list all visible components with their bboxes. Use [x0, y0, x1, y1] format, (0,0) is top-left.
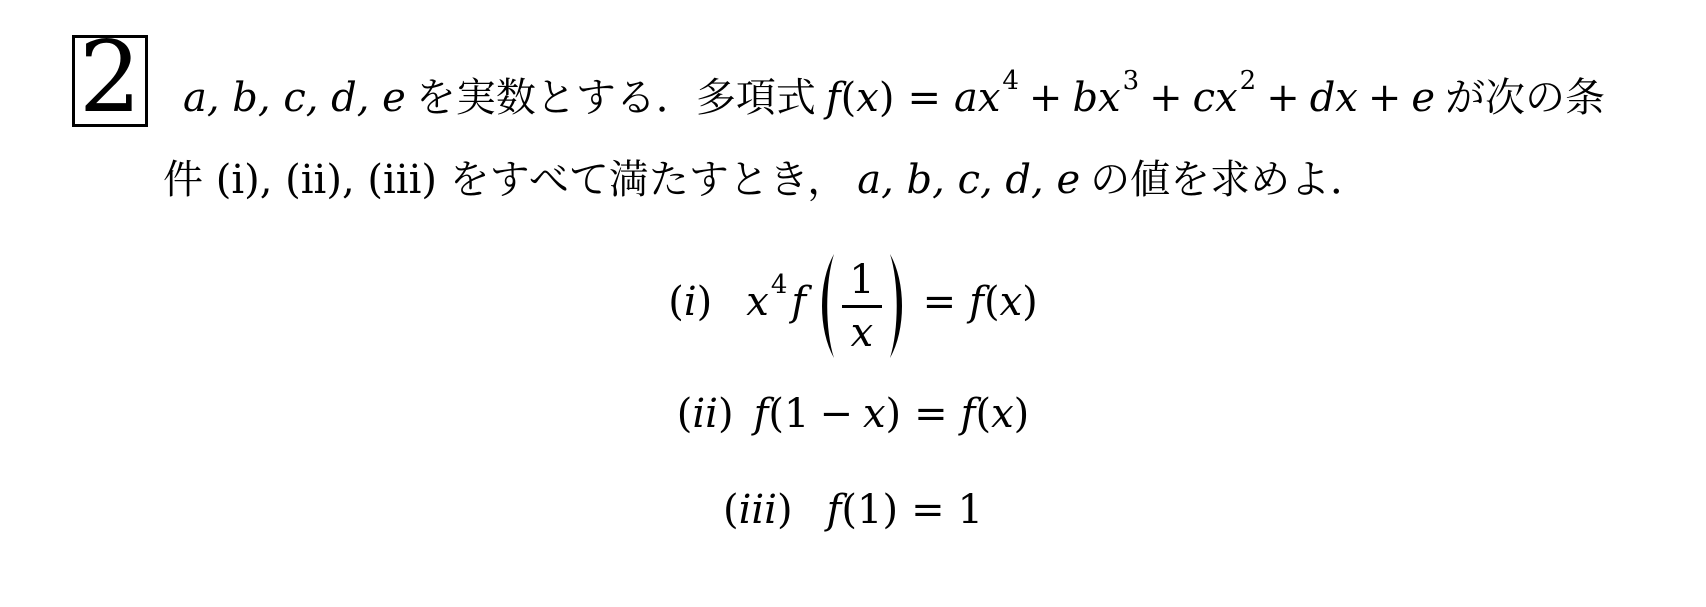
- condition-2-label: (ii): [677, 388, 734, 440]
- big-left-paren: [814, 252, 838, 360]
- condition-1-lhs: x4f: [746, 278, 806, 326]
- variable-x: x: [746, 279, 769, 325]
- number-1: 1: [857, 487, 882, 533]
- close-paren: ): [718, 391, 734, 437]
- statement-line-1: a, b, c, d, eを実数とする．多項式f(x)=ax4+bx3+cx2+…: [183, 72, 1605, 124]
- open-paren: (: [975, 391, 991, 437]
- close-paren: ): [882, 487, 898, 533]
- open-paren: (: [841, 75, 857, 121]
- fraction-denominator: x: [842, 305, 883, 355]
- open-paren: (: [984, 279, 1000, 325]
- statement-line-2: 件 (i), (ii), (iii) をすべて満たすとき，a, b, c, d,…: [163, 154, 1370, 206]
- open-paren: (: [677, 391, 693, 437]
- close-paren: ): [1014, 391, 1030, 437]
- close-paren: ): [777, 487, 793, 533]
- variable-list: a, b, c, d, e: [183, 75, 406, 121]
- open-paren: (: [723, 487, 739, 533]
- condition-1-label: (i): [668, 278, 712, 326]
- condition-2-equation: f(1−x)=f(x): [754, 388, 1030, 440]
- plus-sign: +: [1266, 75, 1300, 121]
- term-cx2: cx: [1193, 75, 1238, 121]
- term-dx: dx: [1310, 75, 1358, 121]
- fraction-1-over-x: 1 x: [840, 258, 883, 355]
- function-f: f: [826, 75, 841, 121]
- problem-number-box: 2: [72, 35, 148, 127]
- function-f: f: [961, 391, 976, 437]
- term-ax4: ax: [954, 75, 1000, 121]
- jp-lead-text: 件 (i), (ii), (iii) をすべて満たすとき，: [163, 157, 847, 203]
- condition-3-label: (iii): [723, 484, 793, 536]
- minus-sign: −: [819, 391, 853, 437]
- number-1: 1: [784, 391, 809, 437]
- open-paren: (: [668, 279, 684, 325]
- term-bx3: bx: [1072, 75, 1120, 121]
- condition-1-rhs: f(x): [969, 278, 1038, 326]
- function-f: f: [827, 487, 842, 533]
- variable-list: a, b, c, d, e: [857, 157, 1080, 203]
- roman-numeral-ii: ii: [692, 391, 718, 437]
- equals-sign: =: [911, 487, 945, 533]
- variable-x: x: [856, 75, 879, 121]
- open-paren: (: [768, 391, 784, 437]
- roman-numeral-i: i: [684, 279, 697, 325]
- condition-1-row: (i) x4f 1 x = f(x): [0, 248, 1706, 364]
- function-f: f: [791, 279, 806, 325]
- condition-3-row: (iii) f(1)=1: [0, 484, 1706, 536]
- close-paren: ): [697, 279, 713, 325]
- close-paren: ): [879, 75, 895, 121]
- exponent-4: 4: [1002, 66, 1019, 96]
- condition-3-equation: f(1)=1: [827, 484, 983, 536]
- big-right-paren: [886, 252, 910, 360]
- function-f: f: [969, 279, 984, 325]
- polynomial-definition: f(x)=ax4+bx3+cx2+dx+e: [826, 75, 1435, 121]
- exponent-3: 3: [1123, 66, 1140, 96]
- exponent-4: 4: [771, 270, 788, 300]
- jp-outro-text: が次の条: [1445, 75, 1605, 121]
- close-paren: ): [1022, 279, 1038, 325]
- plus-sign: +: [1149, 75, 1183, 121]
- variable-x: x: [863, 391, 886, 437]
- equals-sign: =: [914, 391, 948, 437]
- term-e: e: [1411, 75, 1435, 121]
- function-f: f: [754, 391, 769, 437]
- variable-x: x: [991, 391, 1014, 437]
- equals-sign: =: [923, 278, 957, 326]
- exponent-2: 2: [1240, 66, 1257, 96]
- jp-intro-text: を実数とする．多項式: [416, 75, 816, 121]
- result-1: 1: [958, 487, 983, 533]
- condition-2-row: (ii) f(1−x)=f(x): [0, 388, 1706, 440]
- variable-x: x: [1000, 279, 1023, 325]
- problem-number: 2: [79, 29, 141, 127]
- close-paren: ): [886, 391, 902, 437]
- plus-sign: +: [1029, 75, 1063, 121]
- open-paren: (: [841, 487, 857, 533]
- problem-page: 2 a, b, c, d, eを実数とする．多項式f(x)=ax4+bx3+cx…: [0, 0, 1706, 607]
- fraction-numerator: 1: [840, 258, 883, 305]
- plus-sign: +: [1368, 75, 1402, 121]
- equals-sign: =: [907, 75, 941, 121]
- jp-tail-text: の値を求めよ．: [1090, 157, 1370, 203]
- roman-numeral-iii: iii: [739, 487, 777, 533]
